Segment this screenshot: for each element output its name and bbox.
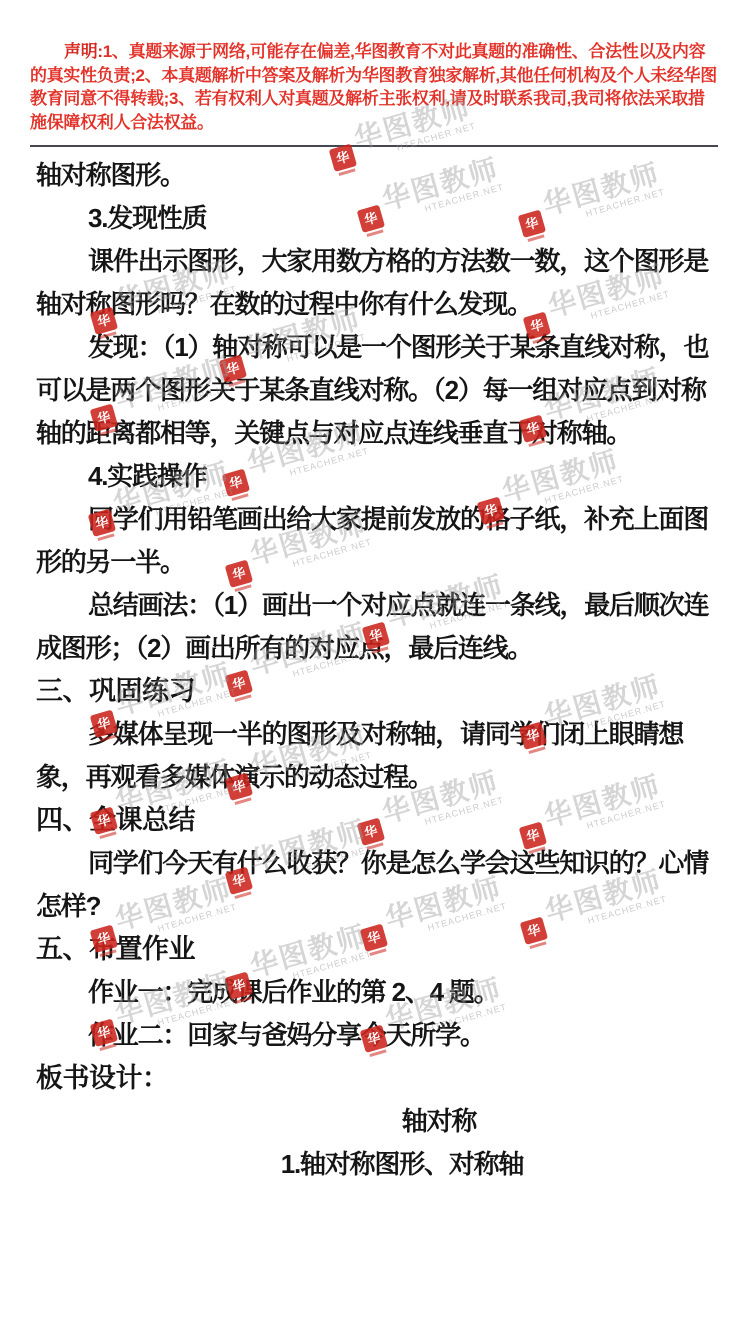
- paragraph-heading: 板书设计：: [36, 1057, 716, 1100]
- paragraph-body: 同学们用铅笔画出给大家提前发放的格子纸，补充上面图形的另一半。: [36, 498, 716, 584]
- paragraph-body: 作业一：完成课后作业的第 2、4 题。: [36, 971, 716, 1014]
- disclaimer: 声明:1、真题来源于网络,可能存在偏差,华图教育不对此真题的准确性、合法性以及内…: [0, 0, 748, 134]
- paragraph-heading: 五、布置作业: [36, 928, 716, 971]
- disclaimer-label: 声明:: [64, 42, 103, 61]
- paragraph-body: 课件出示图形，大家用数方格的方法数一数，这个图形是轴对称图形吗？在数的过程中你有…: [36, 240, 716, 326]
- section-divider: [30, 145, 718, 147]
- page: 声明:1、真题来源于网络,可能存在偏差,华图教育不对此真题的准确性、合法性以及内…: [0, 0, 748, 1334]
- document-body: 轴对称图形。3.发现性质课件出示图形，大家用数方格的方法数一数，这个图形是轴对称…: [0, 154, 748, 1186]
- paragraph-body: 多媒体呈现一半的图形及对称轴，请同学们闭上眼睛想象，再观看多媒体演示的动态过程。: [36, 713, 716, 799]
- paragraph-body: 同学们今天有什么收获？你是怎么学会这些知识的？心情怎样?: [36, 842, 716, 928]
- disclaimer-text: 1、真题来源于网络,可能存在偏差,华图教育不对此真题的准确性、合法性以及内容的真…: [30, 42, 717, 132]
- document-content: 声明:1、真题来源于网络,可能存在偏差,华图教育不对此真题的准确性、合法性以及内…: [0, 0, 748, 1186]
- paragraph-subhead: 3.发现性质: [36, 197, 716, 240]
- paragraph-body: 发现：（1）轴对称可以是一个图形关于某条直线对称，也可以是两个图形关于某条直线对…: [36, 326, 716, 455]
- paragraph-body: 总结画法：（1）画出一个对应点就连一条线，最后顺次连成图形；（2）画出所有的对应…: [36, 584, 716, 670]
- paragraph-body-flush: 轴对称图形。: [36, 154, 716, 197]
- paragraph-body: 作业二：回家与爸妈分享今天所学。: [36, 1014, 716, 1057]
- paragraph-heading: 四、全课总结: [36, 799, 716, 842]
- paragraph-center-2: 1.轴对称图形、对称轴: [36, 1143, 716, 1186]
- paragraph-subhead: 4.实践操作: [36, 455, 716, 498]
- paragraph-heading: 三、巩固练习: [36, 670, 716, 713]
- paragraph-center-1: 轴对称: [36, 1100, 716, 1143]
